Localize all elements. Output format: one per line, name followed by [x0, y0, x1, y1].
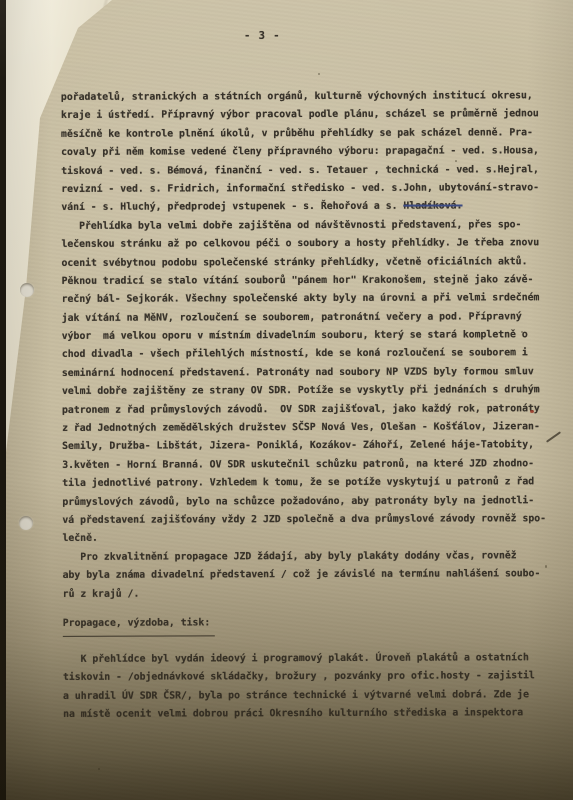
ink-speck: [545, 565, 547, 568]
page-number: - 3 -: [244, 30, 281, 42]
text-line: průmyslových závodů, bylo na schůzce pož…: [62, 492, 564, 512]
scanned-document-page: - 3 - pořadatelů, stranických a státních…: [0, 0, 573, 800]
text-line: Přehlídka byla velmi dobře zajištěna od …: [61, 216, 563, 236]
text-line: velmi dobře zajištěny ze strany OV SDR. …: [62, 381, 564, 401]
punch-hole-bottom: [19, 516, 33, 530]
text-line: tila jednotlivé patrony. Vzhledem k tomu…: [62, 473, 564, 493]
text-line: 3.květen - Horní Branná. OV SDR uskutečn…: [62, 455, 564, 475]
document-body: pořadatelů, stranických a státních orgán…: [61, 87, 565, 724]
ink-speck: [210, 690, 212, 692]
text-line: na místě ocenit velmi dobrou práci Okres…: [63, 704, 565, 724]
text-line: a uhradil ÚV SDR ČSR/, byla po stránce t…: [63, 686, 565, 706]
text-line: lečně.: [62, 528, 564, 548]
punch-hole-top: [20, 283, 34, 297]
ink-speck: [318, 73, 320, 75]
section-heading-propagace: Propagace, výzdoba, tisk:: [63, 613, 565, 637]
ink-speck: [521, 331, 523, 333]
text-line: covaly při něm komise vedené členy přípr…: [61, 142, 563, 162]
red-speck: [530, 410, 534, 413]
ink-speck: [455, 160, 457, 162]
text-line: z řad Jednotných zemědělských družstev S…: [62, 418, 564, 438]
text-line: výbor má velkou oporu v místním divadeln…: [62, 326, 564, 346]
text-line: Pěknou tradicí se stalo vítání souborů "…: [62, 271, 564, 291]
paragraph-3: Pro zkvalitnění propagace JZD žádají, ab…: [62, 547, 564, 604]
paragraph-1: pořadatelů, stranických a státních orgán…: [61, 87, 563, 217]
paragraph-2: Přehlídka byla velmi dobře zajištěna od …: [61, 216, 564, 549]
text-line: jak vítání na MěNV, rozloučení se soubor…: [62, 308, 564, 328]
text-line: vání - s. Hluchý, předprodej vstupenek -…: [61, 197, 563, 217]
text-line: aby byla známa divadelní představení / c…: [63, 565, 565, 585]
text-line: rů z krajů /.: [63, 584, 565, 604]
text-line: revizní - ved. s. Fridrich, informační s…: [61, 179, 563, 199]
text-line: K přehlídce byl vydán ideový i programov…: [63, 649, 565, 669]
ink-speck: [98, 768, 100, 770]
text-line: Pro zkvalitnění propagace JZD žádají, ab…: [62, 547, 564, 567]
text-line: patronem z řad průmyslových závodů. OV S…: [62, 400, 564, 420]
paragraph-4: K přehlídce byl vydán ideový i programov…: [63, 649, 565, 724]
text-line: chod divadla - všech přilehlých místnost…: [62, 345, 564, 365]
text-line: vá představení zajišťovány vždy 2 JZD sp…: [62, 510, 564, 530]
text-line: pořadatelů, stranických a státních orgán…: [61, 87, 563, 107]
paper-sheet: - 3 - pořadatelů, stranických a státních…: [0, 0, 573, 800]
text-line: kraje i ústředí. Přípravný výbor pracova…: [61, 106, 563, 126]
text-line: lečenskou stránku až po celkovou péči o …: [61, 234, 563, 254]
text-line: ocenit svébytnou podobu společenské strá…: [61, 253, 563, 273]
text-line: tiskovin - /objednávkové skládačky, brož…: [63, 667, 565, 687]
text-line: měsíčně ke kontrole plnění úkolů, v průb…: [61, 124, 563, 144]
text-line: seminární hodnocení představení. Patroná…: [62, 363, 564, 383]
struck-out-name: Hladíková.: [403, 201, 462, 212]
section-heading-text: Propagace, výzdoba, tisk:: [63, 614, 216, 636]
text-line: tisková - ved. s. Bémová, finanční - ved…: [61, 161, 563, 181]
text-line: Semily, Družba- Libštát, Jizera- Poniklá…: [62, 437, 564, 457]
text-line: rečný bál- Sejkorák. Všechny společenské…: [62, 289, 564, 309]
